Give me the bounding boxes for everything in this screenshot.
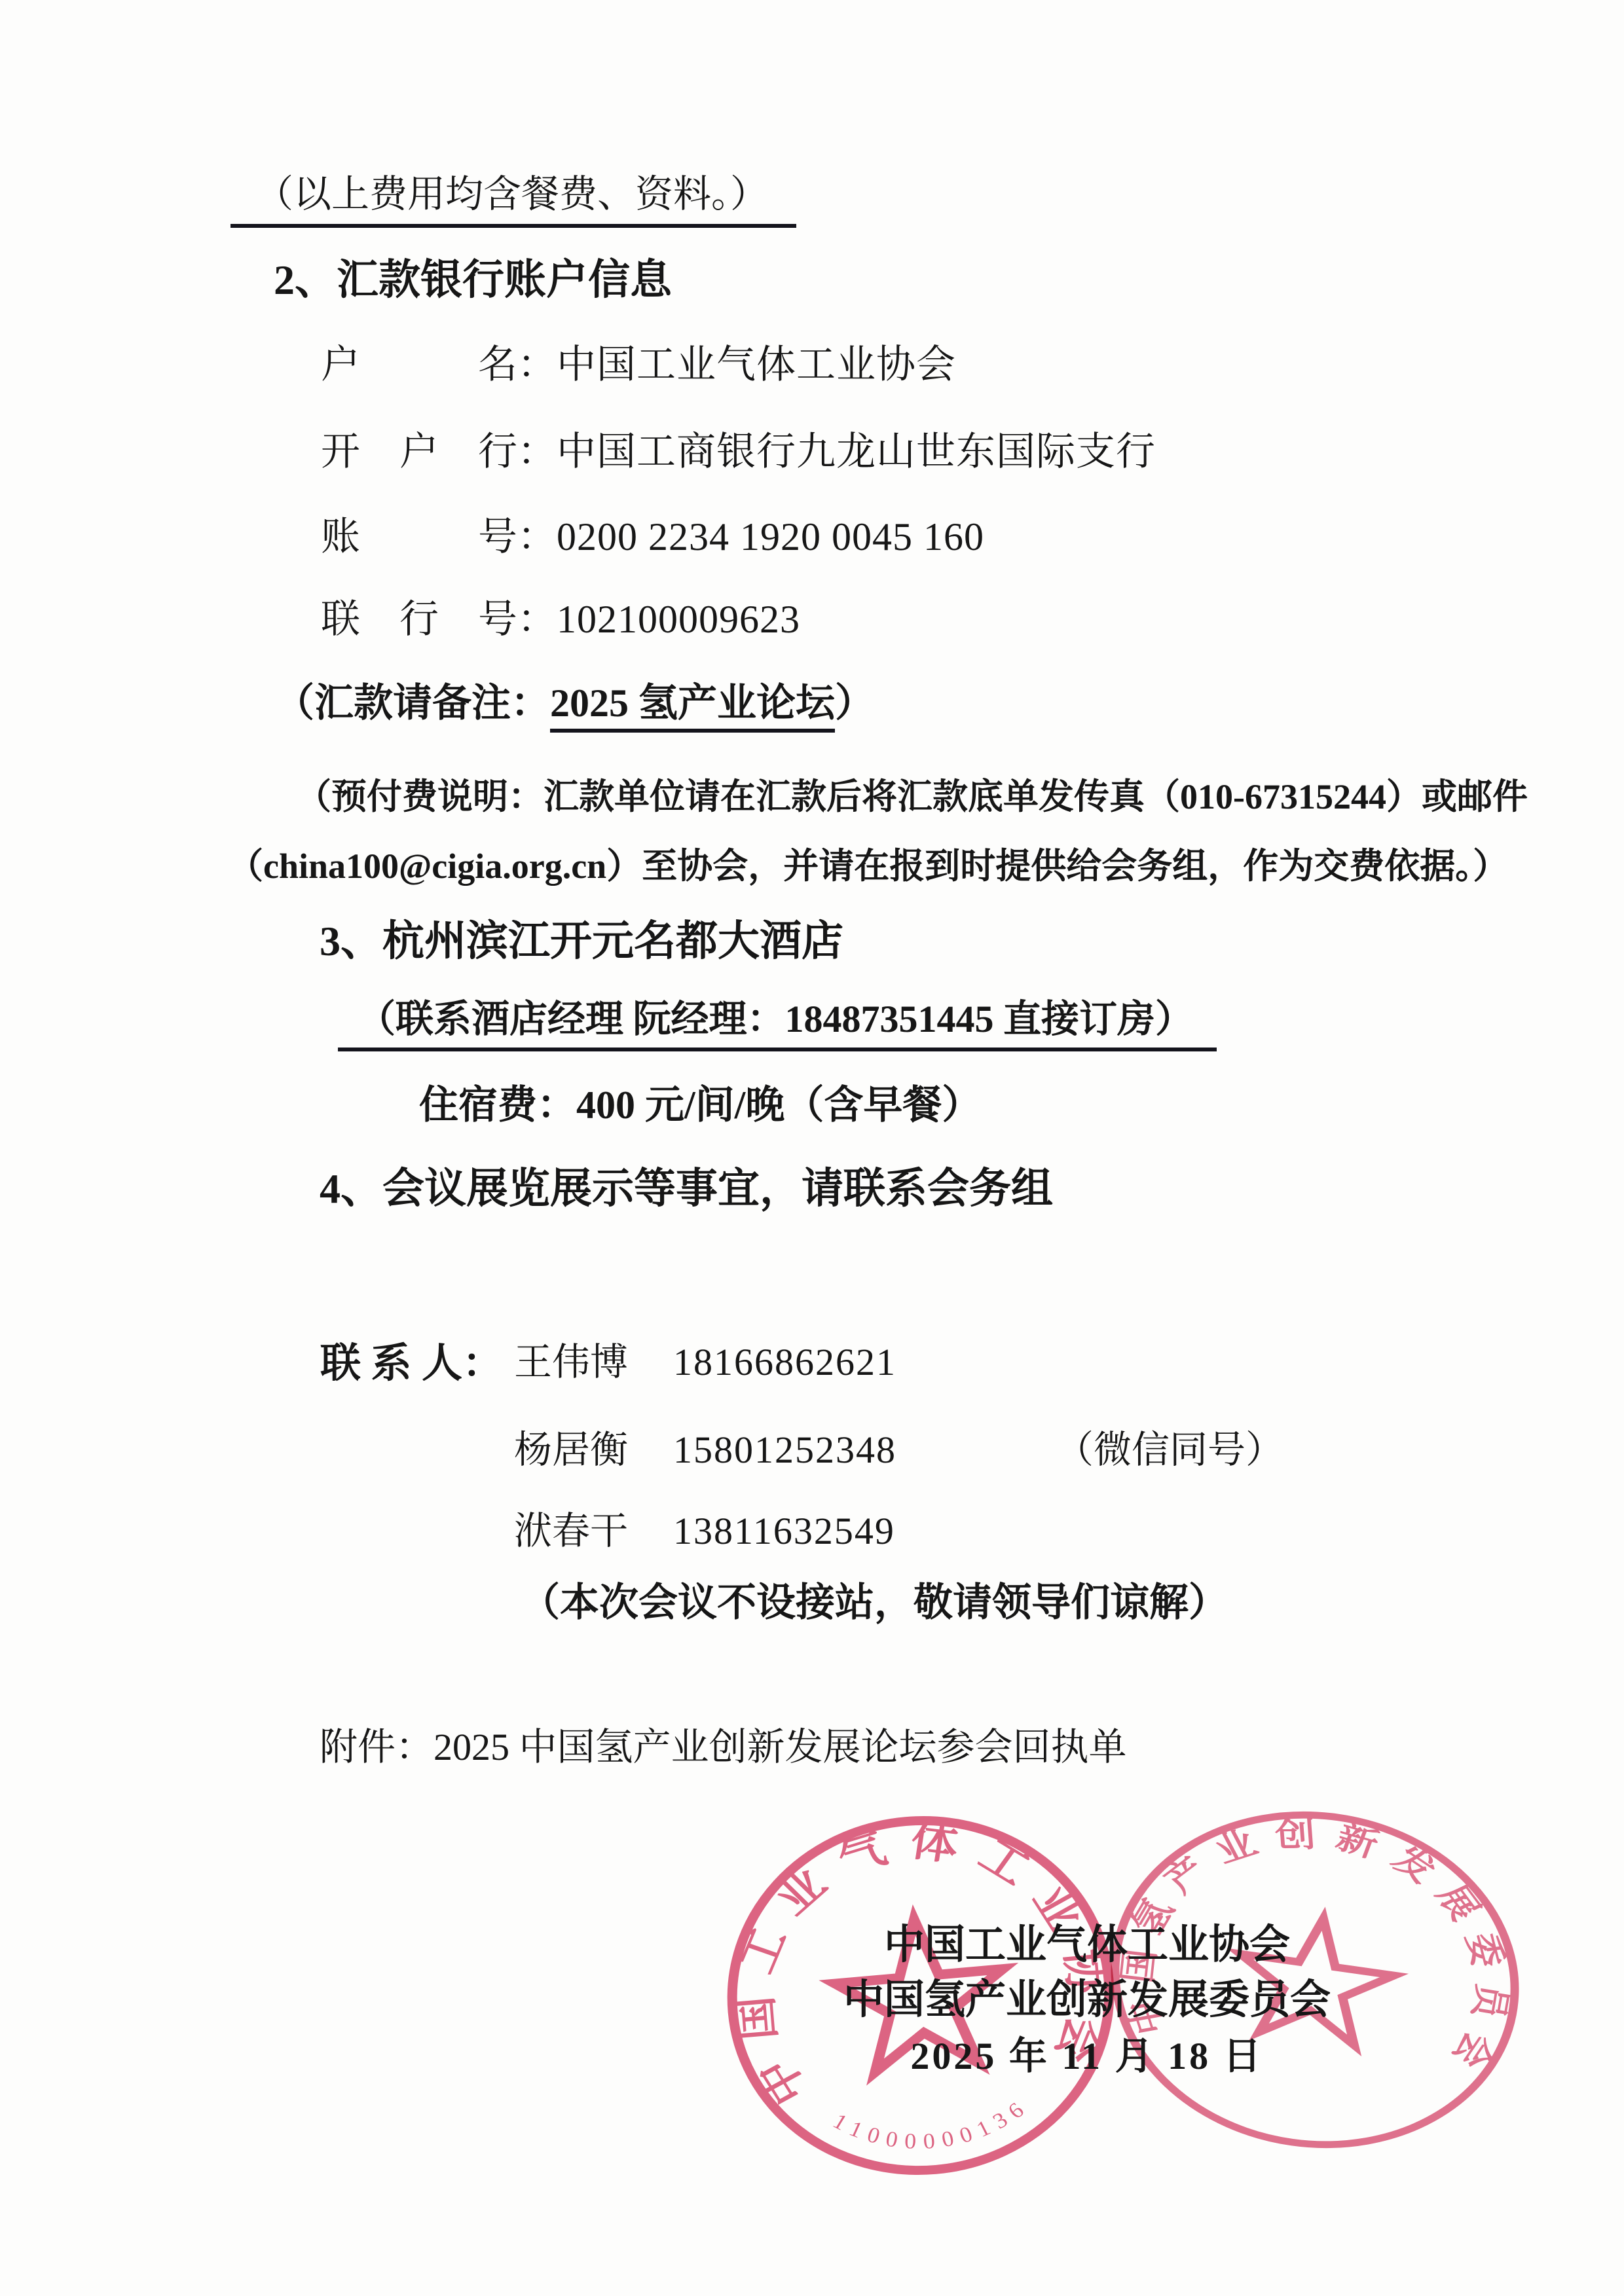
prepay-instruction-line2: （china100@cigia.org.cn）至协会，并请在报到时提供给会务组，… xyxy=(228,848,1508,884)
bank-value: 102100009623 xyxy=(557,598,800,641)
bank-value: 中国工业气体工业协会 xyxy=(557,343,956,386)
fee-inclusion-note: （以上费用均含餐费、资料。） xyxy=(231,175,796,228)
bank-row-account-name: 户 名：中国工业气体工业协会 xyxy=(321,345,956,384)
memo-suffix: ） xyxy=(835,682,874,725)
remittance-memo-note: （汇款请备注：2025 氢产业论坛） xyxy=(275,683,874,723)
contact-phone: 13811632549 xyxy=(673,1512,895,1550)
bank-label: 联 行 号： xyxy=(321,598,557,641)
document-page: （以上费用均含餐费、资料。） 2、汇款银行账户信息 户 名：中国工业气体工业协会… xyxy=(0,0,1624,2296)
hotel-rate-line: 住宿费：400 元/间/晚（含早餐） xyxy=(419,1085,981,1125)
bank-row-account-number: 账 号：0200 2234 1920 0045 160 xyxy=(321,517,984,556)
section-bank-title: 2、汇款银行账户信息 xyxy=(274,259,672,301)
signature-org-line1: 中国工业气体工业协会 xyxy=(760,1925,1414,1965)
bank-label: 账 号： xyxy=(321,515,557,558)
section-hotel-title: 3、杭州滨江开元名都大酒店 xyxy=(320,920,843,962)
bank-value: 中国工商银行九龙山世东国际支行 xyxy=(557,430,1156,473)
memo-underlined-text: 2025 氢产业论坛 xyxy=(550,682,835,733)
bank-label: 开 户 行： xyxy=(321,430,557,473)
contact-phone: 15801252348 xyxy=(673,1431,896,1469)
contacts-label: 联 系 人： xyxy=(320,1343,503,1384)
contact-phone: 18166862621 xyxy=(673,1343,896,1381)
contact-name: 洑春干 xyxy=(514,1512,628,1550)
contact-wechat-note: （微信同号） xyxy=(1056,1431,1283,1469)
signature-date: 2025 年 11 月 18 日 xyxy=(760,2037,1414,2075)
prepay-instruction-line1: （预付费说明：汇款单位请在汇款后将汇款底单发传真（010-67315244）或邮… xyxy=(296,779,1528,814)
section-exhibition-title: 4、会议展览展示等事宜，请联系会务组 xyxy=(320,1168,1053,1210)
hotel-contact-line: （联系酒店经理 阮经理：18487351445 直接订房） xyxy=(338,1000,1217,1051)
bank-row-cnaps-code: 联 行 号：102100009623 xyxy=(321,600,800,639)
no-pickup-note: （本次会议不设接站，敬请领导们谅解） xyxy=(521,1583,1228,1622)
signature-org-line2: 中国氢产业创新发展委员会 xyxy=(760,1980,1414,2020)
bank-value: 0200 2234 1920 0045 160 xyxy=(557,515,984,558)
contact-name: 王伟博 xyxy=(514,1343,628,1381)
bank-row-bank-branch: 开 户 行：中国工商银行九龙山世东国际支行 xyxy=(321,432,1156,471)
contact-name: 杨居衡 xyxy=(514,1431,628,1469)
bank-label: 户 名： xyxy=(321,343,557,386)
memo-prefix: （汇款请备注： xyxy=(275,682,550,725)
attachment-line: 附件：2025 中国氢产业创新发展论坛参会回执单 xyxy=(320,1728,1127,1766)
